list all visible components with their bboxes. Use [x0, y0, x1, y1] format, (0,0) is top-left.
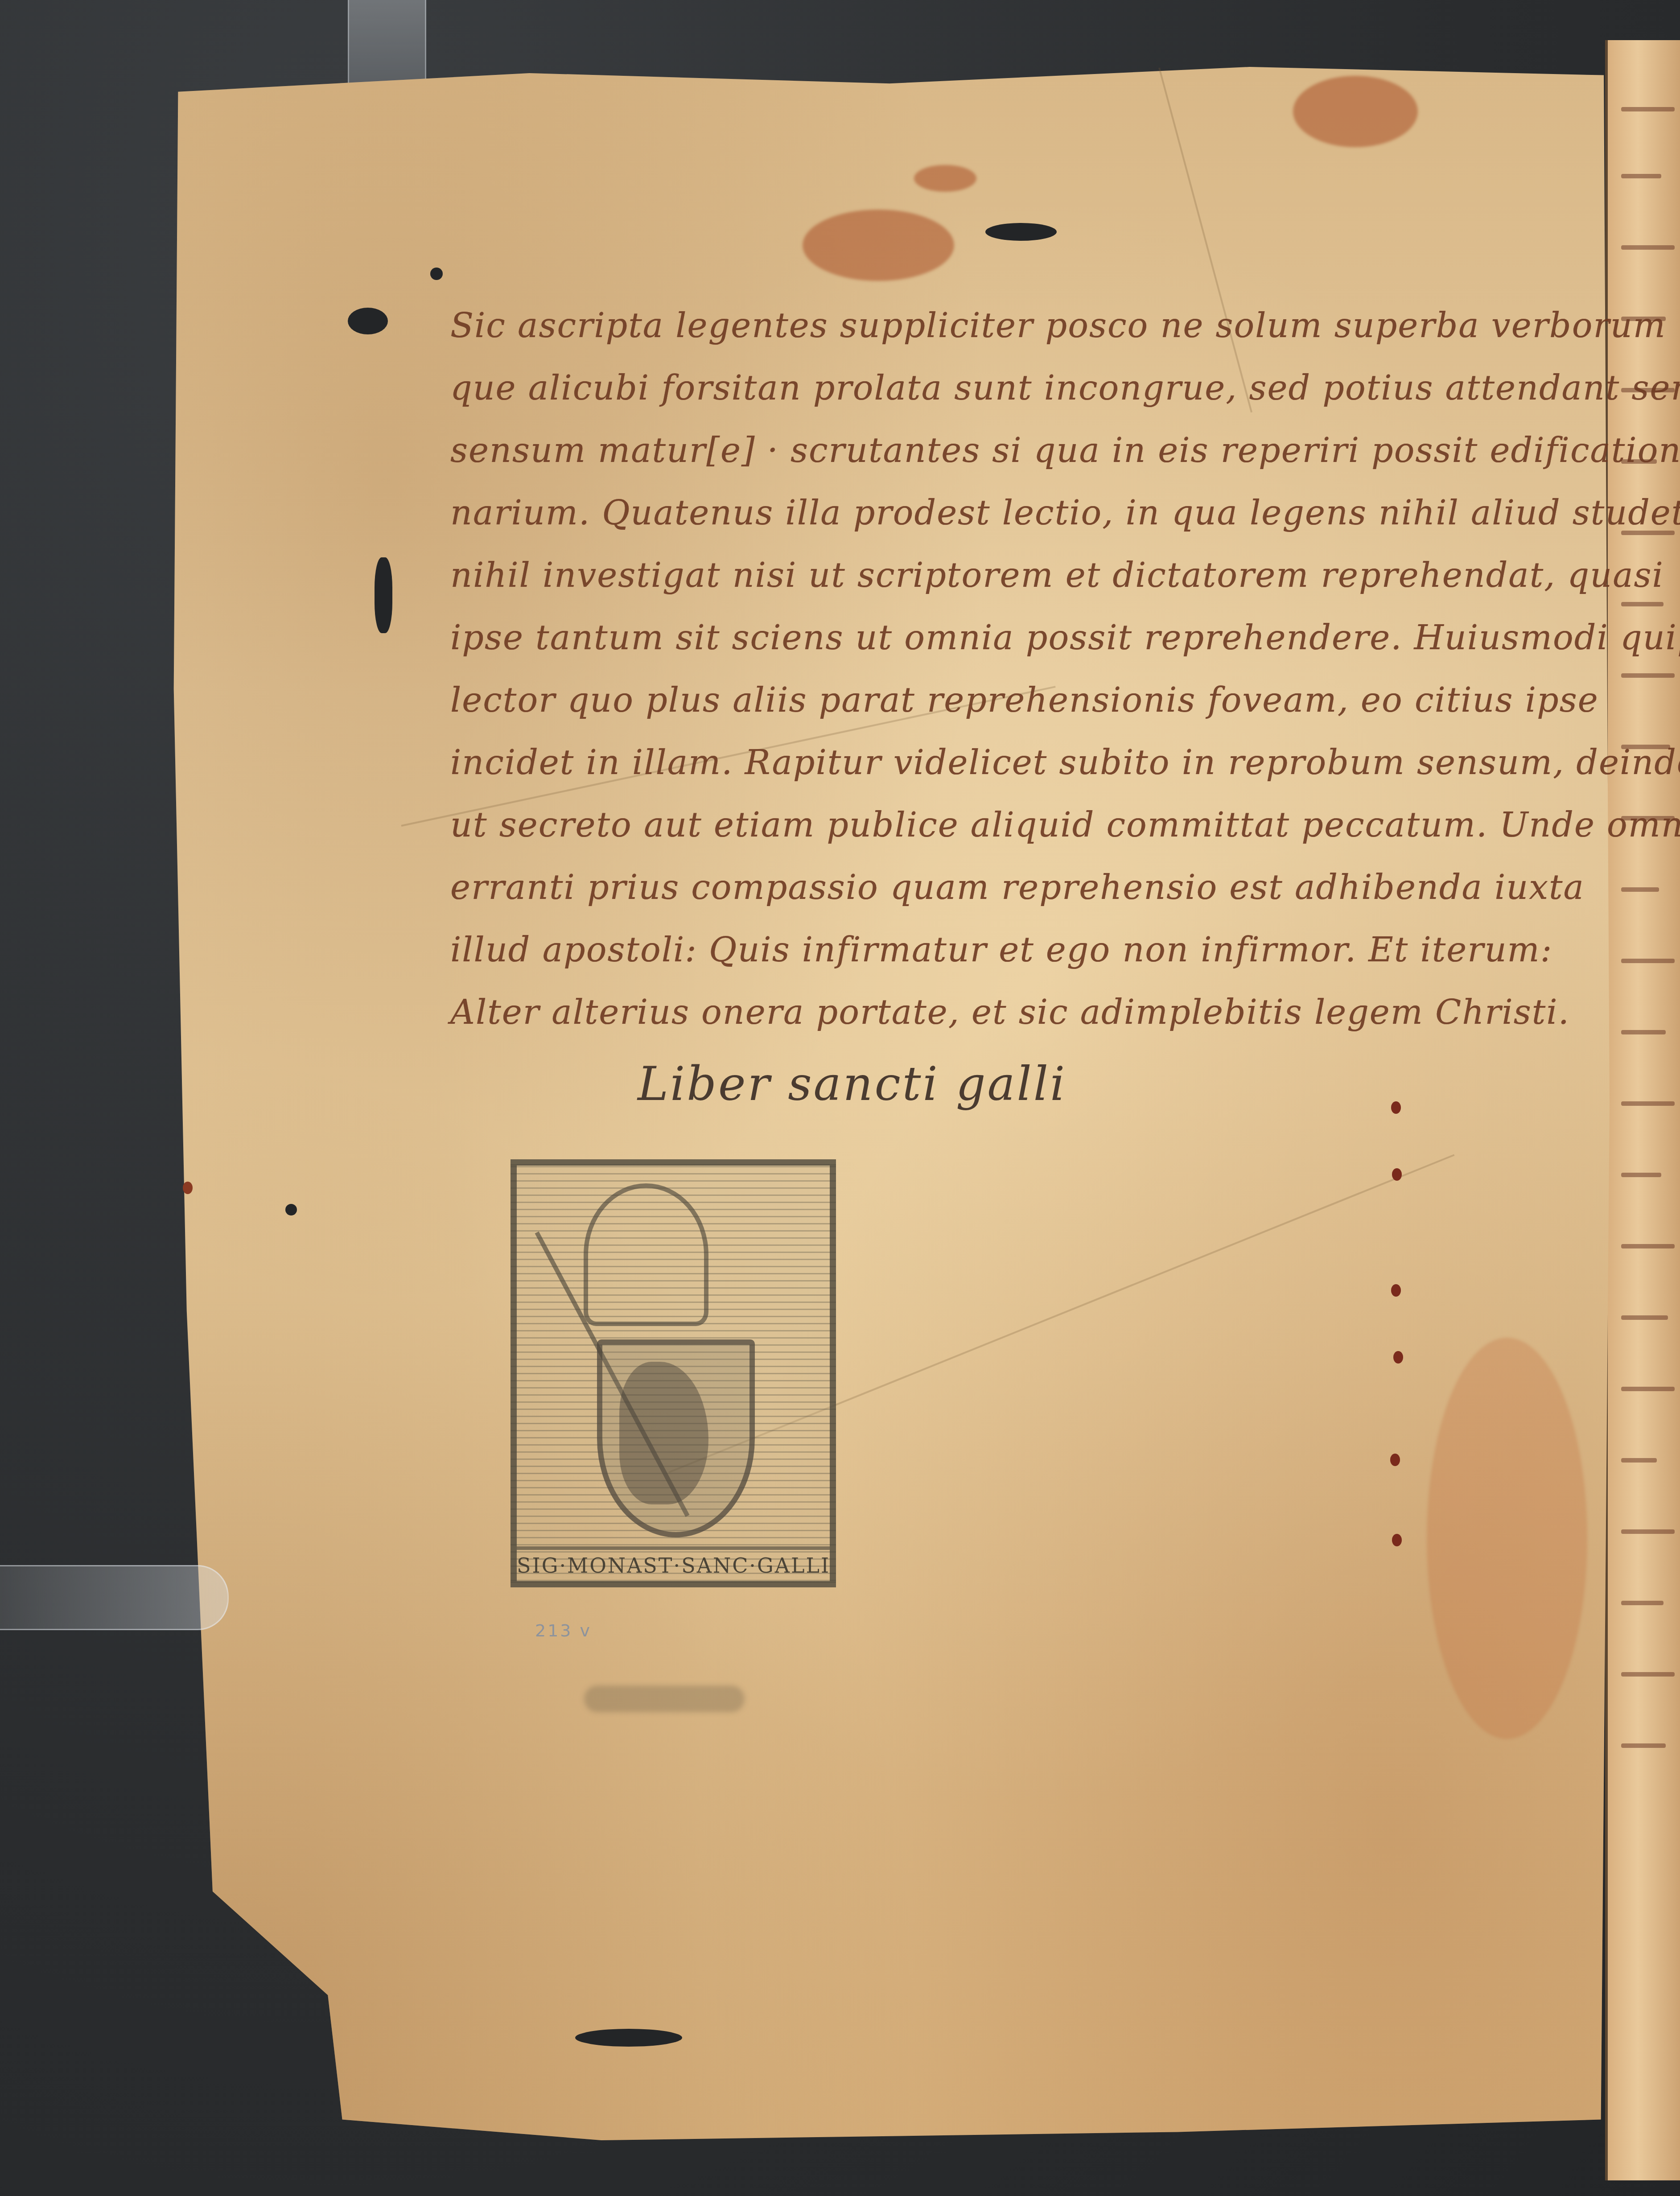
adjacent-text-line — [1621, 1743, 1666, 1748]
worm-hole — [348, 308, 388, 334]
stain — [1427, 1338, 1587, 1739]
adjacent-text-line — [1621, 602, 1664, 606]
text-line: lector quo plus aliis parat reprehension… — [450, 669, 1618, 731]
ink-dot — [1390, 1454, 1400, 1466]
adjacent-text-line — [1621, 959, 1675, 963]
adjacent-text-line — [1621, 1030, 1666, 1034]
adjacent-text-line — [1621, 887, 1659, 892]
text-line: nihil investigat nisi ut scriptorem et d… — [450, 544, 1618, 606]
worm-hole — [430, 268, 443, 280]
library-stamp: SIG·MONAST·SANC·GALLI — [511, 1159, 836, 1587]
stain — [803, 210, 954, 281]
text-line: erranti prius compassio quam reprehensio… — [450, 856, 1618, 919]
worm-hole — [575, 2029, 682, 2047]
text-line: ut secreto aut etiam publice aliquid com… — [450, 794, 1618, 856]
stain — [1293, 76, 1418, 147]
worm-hole — [285, 1204, 297, 1215]
ownership-inscription: Liber sancti galli — [638, 1057, 1066, 1111]
left-clip — [0, 1565, 229, 1630]
text-line: ipse tantum sit sciens ut omnia possit r… — [450, 606, 1618, 669]
mitre-icon — [584, 1183, 708, 1326]
ink-dot — [1391, 1101, 1401, 1114]
stain — [914, 165, 976, 192]
ink-dot — [1391, 1284, 1401, 1297]
text-line: que alicubi forsitan prolata sunt incong… — [450, 357, 1618, 419]
text-line: sensum matur[e] · scrutantes si qua in e… — [450, 419, 1618, 482]
worm-hole — [375, 557, 392, 633]
ink-dot — [1392, 1534, 1402, 1546]
adjacent-text-line — [1621, 1458, 1657, 1463]
adjacent-text-line — [1621, 1387, 1675, 1391]
folio-number: 213 v — [535, 1621, 592, 1640]
text-line: incidet in illam. Rapitur videlicet subi… — [450, 731, 1618, 794]
adjacent-text-line — [1621, 1101, 1675, 1106]
ink-dot — [1392, 1168, 1402, 1181]
text-line: Alter alterius onera portate, et sic adi… — [450, 981, 1618, 1043]
adjacent-text-line — [1621, 673, 1675, 678]
text-line: Sic ascripta legentes suppliciter posco … — [450, 294, 1618, 357]
main-text-block: Sic ascripta legentes suppliciter posco … — [450, 294, 1618, 1043]
adjacent-text-line — [1621, 1244, 1675, 1248]
stamp-legend: SIG·MONAST·SANC·GALLI — [517, 1546, 830, 1581]
worm-hole — [985, 223, 1057, 241]
text-line: narium. Quatenus illa prodest lectio, in… — [450, 482, 1618, 544]
adjacent-text-line — [1621, 1173, 1661, 1177]
adjacent-text-line — [1621, 1529, 1675, 1534]
adjacent-text-line — [1621, 1601, 1664, 1605]
adjacent-text-line — [1621, 107, 1675, 111]
ink-dot — [183, 1182, 193, 1194]
adjacent-text-line — [1621, 1315, 1668, 1320]
adjacent-text-line — [1621, 174, 1661, 178]
adjacent-text-line — [1621, 1672, 1675, 1677]
faded-mark — [584, 1685, 745, 1712]
ink-dot — [1393, 1351, 1403, 1364]
adjacent-text-line — [1621, 245, 1675, 250]
text-line: illud apostoli: Quis infirmatur et ego n… — [450, 919, 1618, 981]
